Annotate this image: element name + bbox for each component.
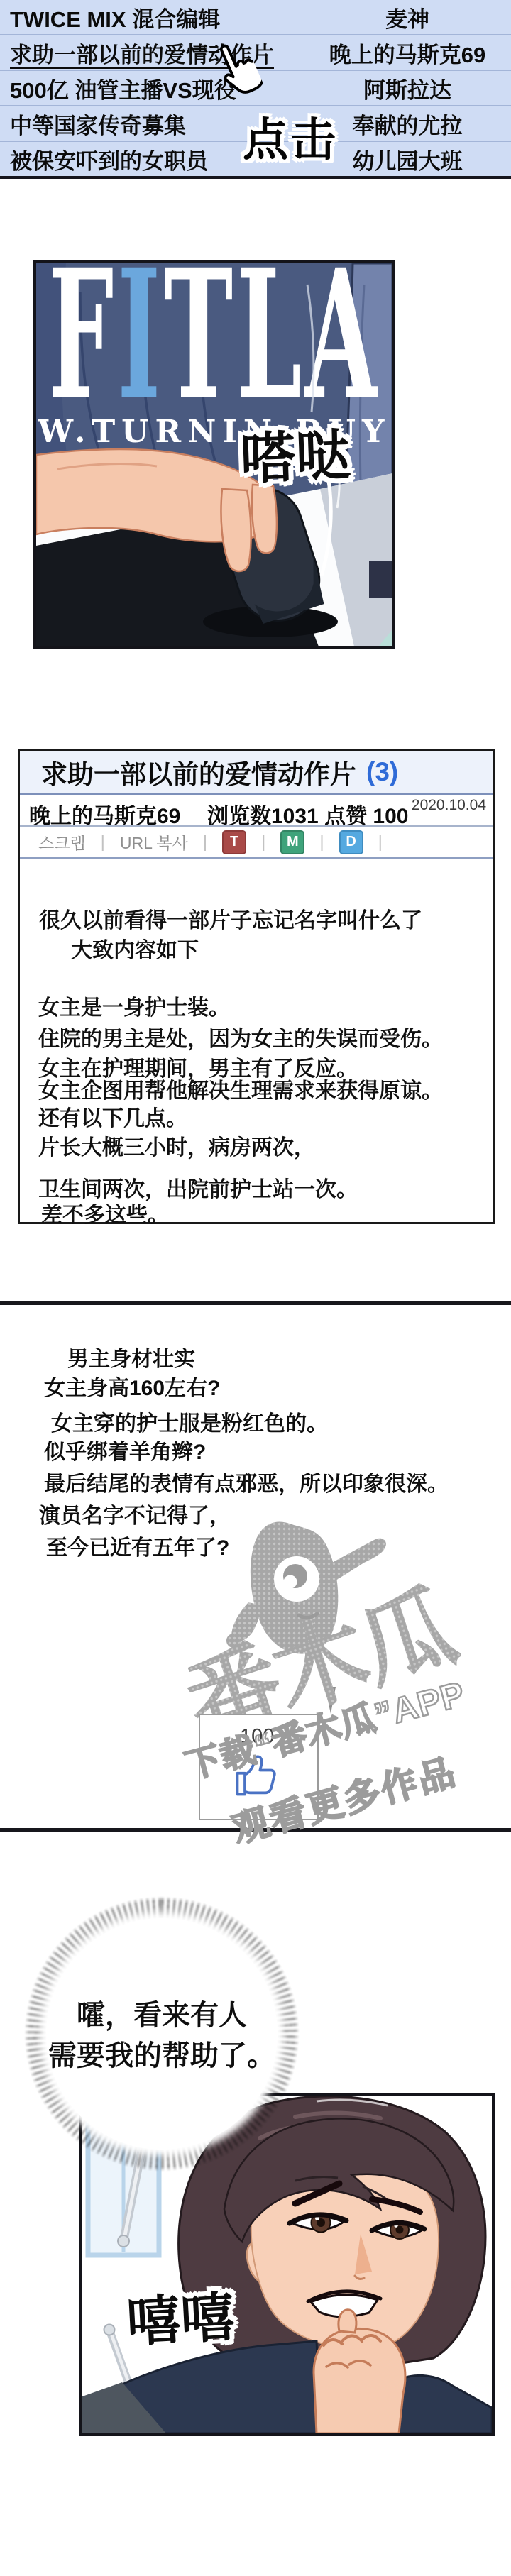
bubble-line: 嚯，看来有人	[34, 1996, 290, 2036]
topic-author: 麦神	[312, 1, 502, 33]
post-title-bar: 求助一部以前的爱情动作片 (3)	[20, 751, 493, 795]
toolbar-separator: |	[261, 832, 265, 852]
description-line: 最后结尾的表情有点邪恶，所以印象很深。	[44, 1466, 449, 1497]
post-body-line: 差不多这些。	[41, 1197, 169, 1228]
post-info-row: 晚上的马斯克69 浏览数1031 点赞 100 2020.10.04	[20, 795, 493, 827]
board-row: TWICE MIX 混合编辑 麦神	[0, 0, 511, 34]
post-title: 求助一部以前的爱情动作片	[41, 753, 356, 791]
board-row-highlighted: 求助一部以前的爱情动作片 晚上的马斯克69	[0, 34, 511, 70]
sfx-giggle: 嘻嘻	[124, 2274, 236, 2357]
description-line: 女主身高160左右?	[44, 1370, 220, 1402]
scrap-button[interactable]: 스크랩	[38, 830, 86, 854]
topic-author: 奉献的尤拉	[312, 108, 502, 140]
post-comment-count[interactable]: (3)	[366, 757, 398, 787]
topic-author: 幼儿园大班	[312, 143, 502, 175]
post-body-line: 大致内容如下	[71, 932, 199, 964]
topic-title[interactable]: 中等国家传奇募集	[0, 108, 186, 140]
speech-bubble-text: 嚯，看来有人 需要我的帮助了。	[34, 1996, 290, 2076]
post-body-line: 女主是一身护士装。	[38, 990, 230, 1021]
post-toolbar: 스크랩 | URL 복사 | T | M | D |	[20, 827, 493, 859]
post-body-line: 住院的男主是处，因为女主的失误而受伤。	[38, 1021, 443, 1052]
post-date: 2020.10.04	[412, 797, 486, 814]
topic-author: 阿斯拉达	[312, 72, 502, 104]
topic-title[interactable]: 500亿 油管主播VS现役	[0, 72, 236, 104]
topic-author: 晚上的马斯克69	[312, 37, 502, 69]
url-copy-button[interactable]: URL 복사	[120, 830, 188, 854]
description-line: 女主穿的护士服是粉红色的。	[51, 1406, 328, 1437]
share-d-icon[interactable]: D	[339, 830, 363, 854]
sfx-click: 嗒哒	[238, 411, 352, 494]
forum-post-card: 求助一部以前的爱情动作片 (3) 晚上的马斯克69 浏览数1031 点赞 100…	[18, 749, 495, 1224]
toolbar-separator: |	[378, 832, 383, 852]
topic-title[interactable]: TWICE MIX 混合编辑	[0, 1, 220, 33]
description-line: 似乎绑着羊角辫?	[44, 1434, 206, 1465]
post-author: 晚上的马斯克69	[29, 798, 180, 830]
toolbar-separator: |	[101, 832, 105, 852]
topic-title[interactable]: 被保安吓到的女职员	[0, 143, 208, 175]
click-callout-label: 点击	[243, 104, 338, 169]
section-divider	[0, 1301, 511, 1305]
toolbar-separator: |	[319, 832, 324, 852]
bubble-line: 需要我的帮助了。	[34, 2036, 290, 2076]
post-body-line: 片长大概三小时，病房两次，	[38, 1130, 315, 1161]
webtoon-page: TWICE MIX 混合编辑 麦神 求助一部以前的爱情动作片 晚上的马斯克69 …	[0, 0, 511, 2576]
share-m-icon[interactable]: M	[280, 830, 304, 854]
post-body-line: 还有以下几点。	[38, 1101, 187, 1132]
toolbar-separator: |	[203, 832, 207, 852]
post-stats: 浏览数1031 点赞 100	[207, 798, 408, 830]
description-line: 男主身材壮实	[67, 1341, 195, 1372]
post-body-line: 女主企图用帮他解决生理需求来获得原谅。	[38, 1073, 443, 1104]
post-body-line: 很久以前看得一部片子忘记名字叫什么了	[39, 903, 422, 934]
post-body: 很久以前看得一部片子忘记名字叫什么了 大致内容如下 女主是一身护士装。 住院的男…	[20, 859, 493, 1224]
share-t-icon[interactable]: T	[222, 830, 246, 854]
